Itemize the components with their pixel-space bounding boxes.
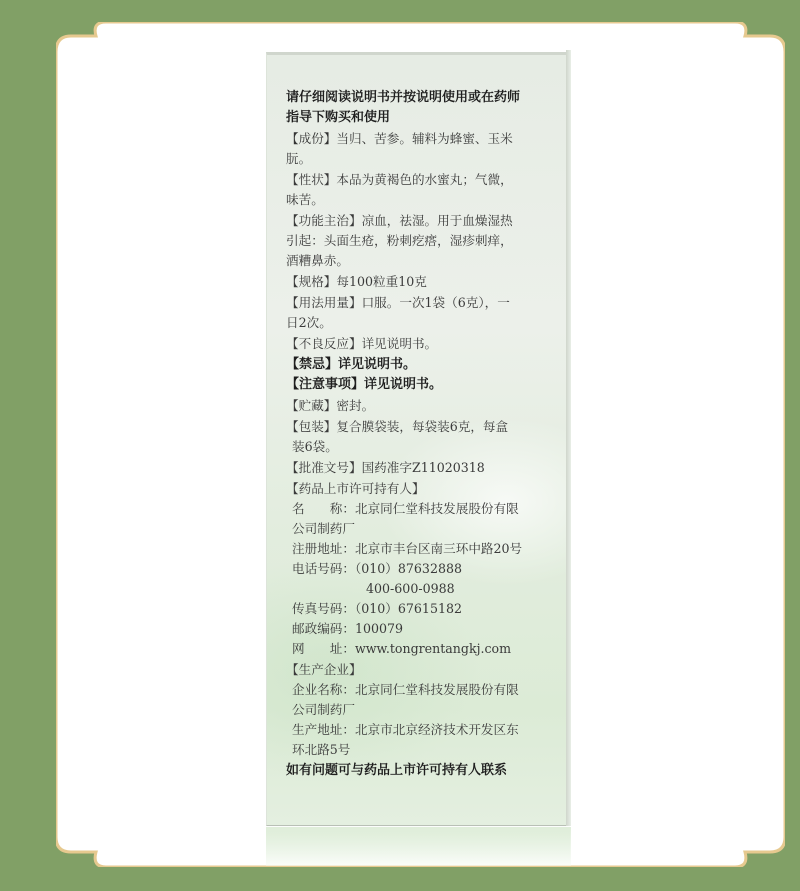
warning-heading-line2: 指导下购买和使用 [286, 108, 556, 128]
holder-phone2: 400-600-0988 [286, 579, 556, 599]
holder-web-label: 网 址： [292, 641, 355, 656]
dosage-text: 口服。一次1袋（6克），一 [362, 295, 510, 310]
contact-footer: 如有问题可与药品上市许可持有人联系 [286, 761, 556, 781]
precautions-label: 【注意事项】 [286, 377, 364, 392]
specification-text: 每100粒重10克 [336, 274, 426, 289]
manufacturer-name-cont: 公司制药厂 [286, 700, 556, 720]
dosage-label: 【用法用量】 [286, 295, 362, 310]
holder-phone1: （010）87632888 [355, 561, 462, 576]
storage-row: 【贮藏】密封。 [286, 396, 556, 416]
package-text-cont: 装6袋。 [286, 437, 556, 457]
manufacturer-heading: 【生产企业】 [286, 660, 556, 680]
indications-text-cont1: 引起：头面生疮，粉刺疙瘩，湿疹刺痒， [286, 231, 556, 251]
product-box-side-edge [566, 50, 571, 826]
ingredients-text: 当归、苦参。辅料为蜂蜜、玉米 [336, 131, 512, 146]
description-label: 【性状】 [286, 172, 336, 187]
holder-postcode: 100079 [355, 621, 403, 636]
indications-row: 【功能主治】凉血，祛湿。用于血燥湿热 [286, 211, 556, 231]
package-row: 【包装】复合膜袋装，每袋装6克，每盒 [286, 417, 556, 437]
dosage-row: 【用法用量】口服。一次1袋（6克），一 [286, 293, 556, 313]
manufacturer-name: 北京同仁堂科技发展股份有限 [355, 682, 519, 697]
description-text: 本品为黄褐色的水蜜丸；气微， [336, 172, 512, 187]
precautions-row: 【注意事项】详见说明书。 [286, 375, 556, 395]
indications-text: 凉血，祛湿。用于血燥湿热 [362, 213, 513, 228]
package-text: 复合膜袋装，每袋装6克，每盒 [336, 419, 508, 434]
description-text-cont: 味苦。 [286, 190, 556, 210]
specification-row: 【规格】每100粒重10克 [286, 272, 556, 292]
holder-postcode-row: 邮政编码：100079 [286, 619, 556, 639]
manufacturer-name-row: 企业名称：北京同仁堂科技发展股份有限 [286, 680, 556, 700]
manufacturer-address-row: 生产地址：北京市北京经济技术开发区东 [286, 720, 556, 740]
indications-text-cont2: 酒糟鼻赤。 [286, 251, 556, 271]
approval-number: 国药准字Z11020318 [362, 460, 485, 475]
holder-name-row: 名 称：北京同仁堂科技发展股份有限 [286, 499, 556, 519]
description-row: 【性状】本品为黄褐色的水蜜丸；气微， [286, 170, 556, 190]
ingredients-row: 【成份】当归、苦参。辅料为蜂蜜、玉米 [286, 129, 556, 149]
contraindications-row: 【禁忌】详见说明书。 [286, 355, 556, 375]
holder-phone-row: 电话号码：（010）87632888 [286, 559, 556, 579]
warning-heading-line1: 请仔细阅读说明书并按说明使用或在药师 [286, 88, 556, 108]
indications-label: 【功能主治】 [286, 213, 362, 228]
precautions-text: 详见说明书。 [364, 377, 442, 392]
holder-address: 北京市丰台区南三环中路20号 [355, 541, 522, 556]
adverse-label: 【不良反应】 [286, 336, 362, 351]
product-box-reflection [266, 827, 571, 866]
adverse-text: 详见说明书。 [362, 336, 438, 351]
holder-website: www.tongrentangkj.com [355, 641, 511, 656]
approval-label: 【批准文号】 [286, 460, 362, 475]
storage-text: 密封。 [336, 398, 374, 413]
holder-address-row: 注册地址：北京市丰台区南三环中路20号 [286, 539, 556, 559]
manufacturer-address-label: 生产地址： [292, 722, 355, 737]
holder-web-row: 网 址：www.tongrentangkj.com [286, 639, 556, 659]
holder-address-label: 注册地址： [292, 541, 355, 556]
holder-name: 北京同仁堂科技发展股份有限 [355, 501, 519, 516]
contraindications-label: 【禁忌】 [286, 357, 338, 372]
storage-label: 【贮藏】 [286, 398, 336, 413]
holder-fax: （010）67615182 [355, 601, 462, 616]
adverse-row: 【不良反应】详见说明书。 [286, 334, 556, 354]
ingredients-text-cont: 朊。 [286, 149, 556, 169]
holder-phone-label: 电话号码： [292, 561, 355, 576]
package-label: 【包装】 [286, 419, 336, 434]
holder-postcode-label: 邮政编码： [292, 621, 355, 636]
label-text: 请仔细阅读说明书并按说明使用或在药师 指导下购买和使用 【成份】当归、苦参。辅料… [286, 88, 556, 781]
holder-name-label: 名 称： [292, 501, 355, 516]
holder-heading: 【药品上市许可持有人】 [286, 479, 556, 499]
holder-fax-row: 传真号码：（010）67615182 [286, 599, 556, 619]
contraindications-text: 详见说明书。 [338, 357, 416, 372]
ingredients-label: 【成份】 [286, 131, 336, 146]
manufacturer-address-cont: 环北路5号 [286, 740, 556, 760]
manufacturer-name-label: 企业名称： [292, 682, 355, 697]
manufacturer-address: 北京市北京经济技术开发区东 [355, 722, 519, 737]
holder-name-cont: 公司制药厂 [286, 519, 556, 539]
specification-label: 【规格】 [286, 274, 336, 289]
approval-row: 【批准文号】国药准字Z11020318 [286, 458, 556, 478]
holder-fax-label: 传真号码： [292, 601, 355, 616]
dosage-text-cont: 日2次。 [286, 313, 556, 333]
